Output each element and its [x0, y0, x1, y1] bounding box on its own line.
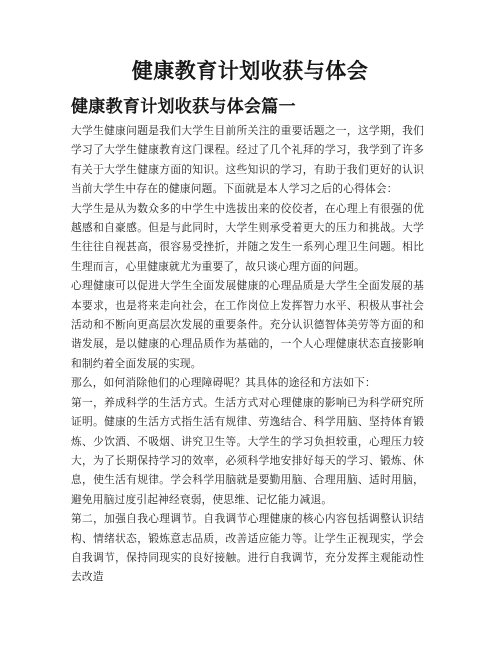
document-page: 健康教育计划收获与体会 健康教育计划收获与体会篇一 大学生健康问题是我们大学生目… — [0, 0, 500, 647]
document-body: 大学生健康问题是我们大学生目前所关注的重要话题之一，这学期，我们学习了大学生健康… — [71, 122, 424, 588]
document-content: 健康教育计划收获与体会篇一 大学生健康问题是我们大学生目前所关注的重要话题之一，… — [0, 95, 500, 588]
document-title: 健康教育计划收获与体会 — [0, 57, 500, 86]
paragraph-second-point: 第二，加强自我心理调节。自我调节心理健康的核心内容包括调整认识结构、情绪状态，锻… — [71, 510, 424, 588]
paragraph-mental-health-importance: 心理健康可以促进大学生全面发展健康的心理品质是大学生全面发展的基本要求，也是将来… — [71, 277, 424, 374]
paragraph-first-point: 第一，养成科学的生活方式。生活方式对心理健康的影响已为科学研究所证明。健康的生活… — [71, 394, 424, 510]
section-heading: 健康教育计划收获与体会篇一 — [71, 95, 424, 119]
paragraph-students-pressure: 大学生是从为数众多的中学生中选拔出来的佼佼者，在心理上有很强的优越感和自豪感。但… — [71, 200, 424, 278]
paragraph-question: 那么，如何消除他们的心理障碍呢？其具体的途径和方法如下： — [71, 374, 424, 393]
paragraph-intro: 大学生健康问题是我们大学生目前所关注的重要话题之一，这学期，我们学习了大学生健康… — [71, 122, 424, 200]
